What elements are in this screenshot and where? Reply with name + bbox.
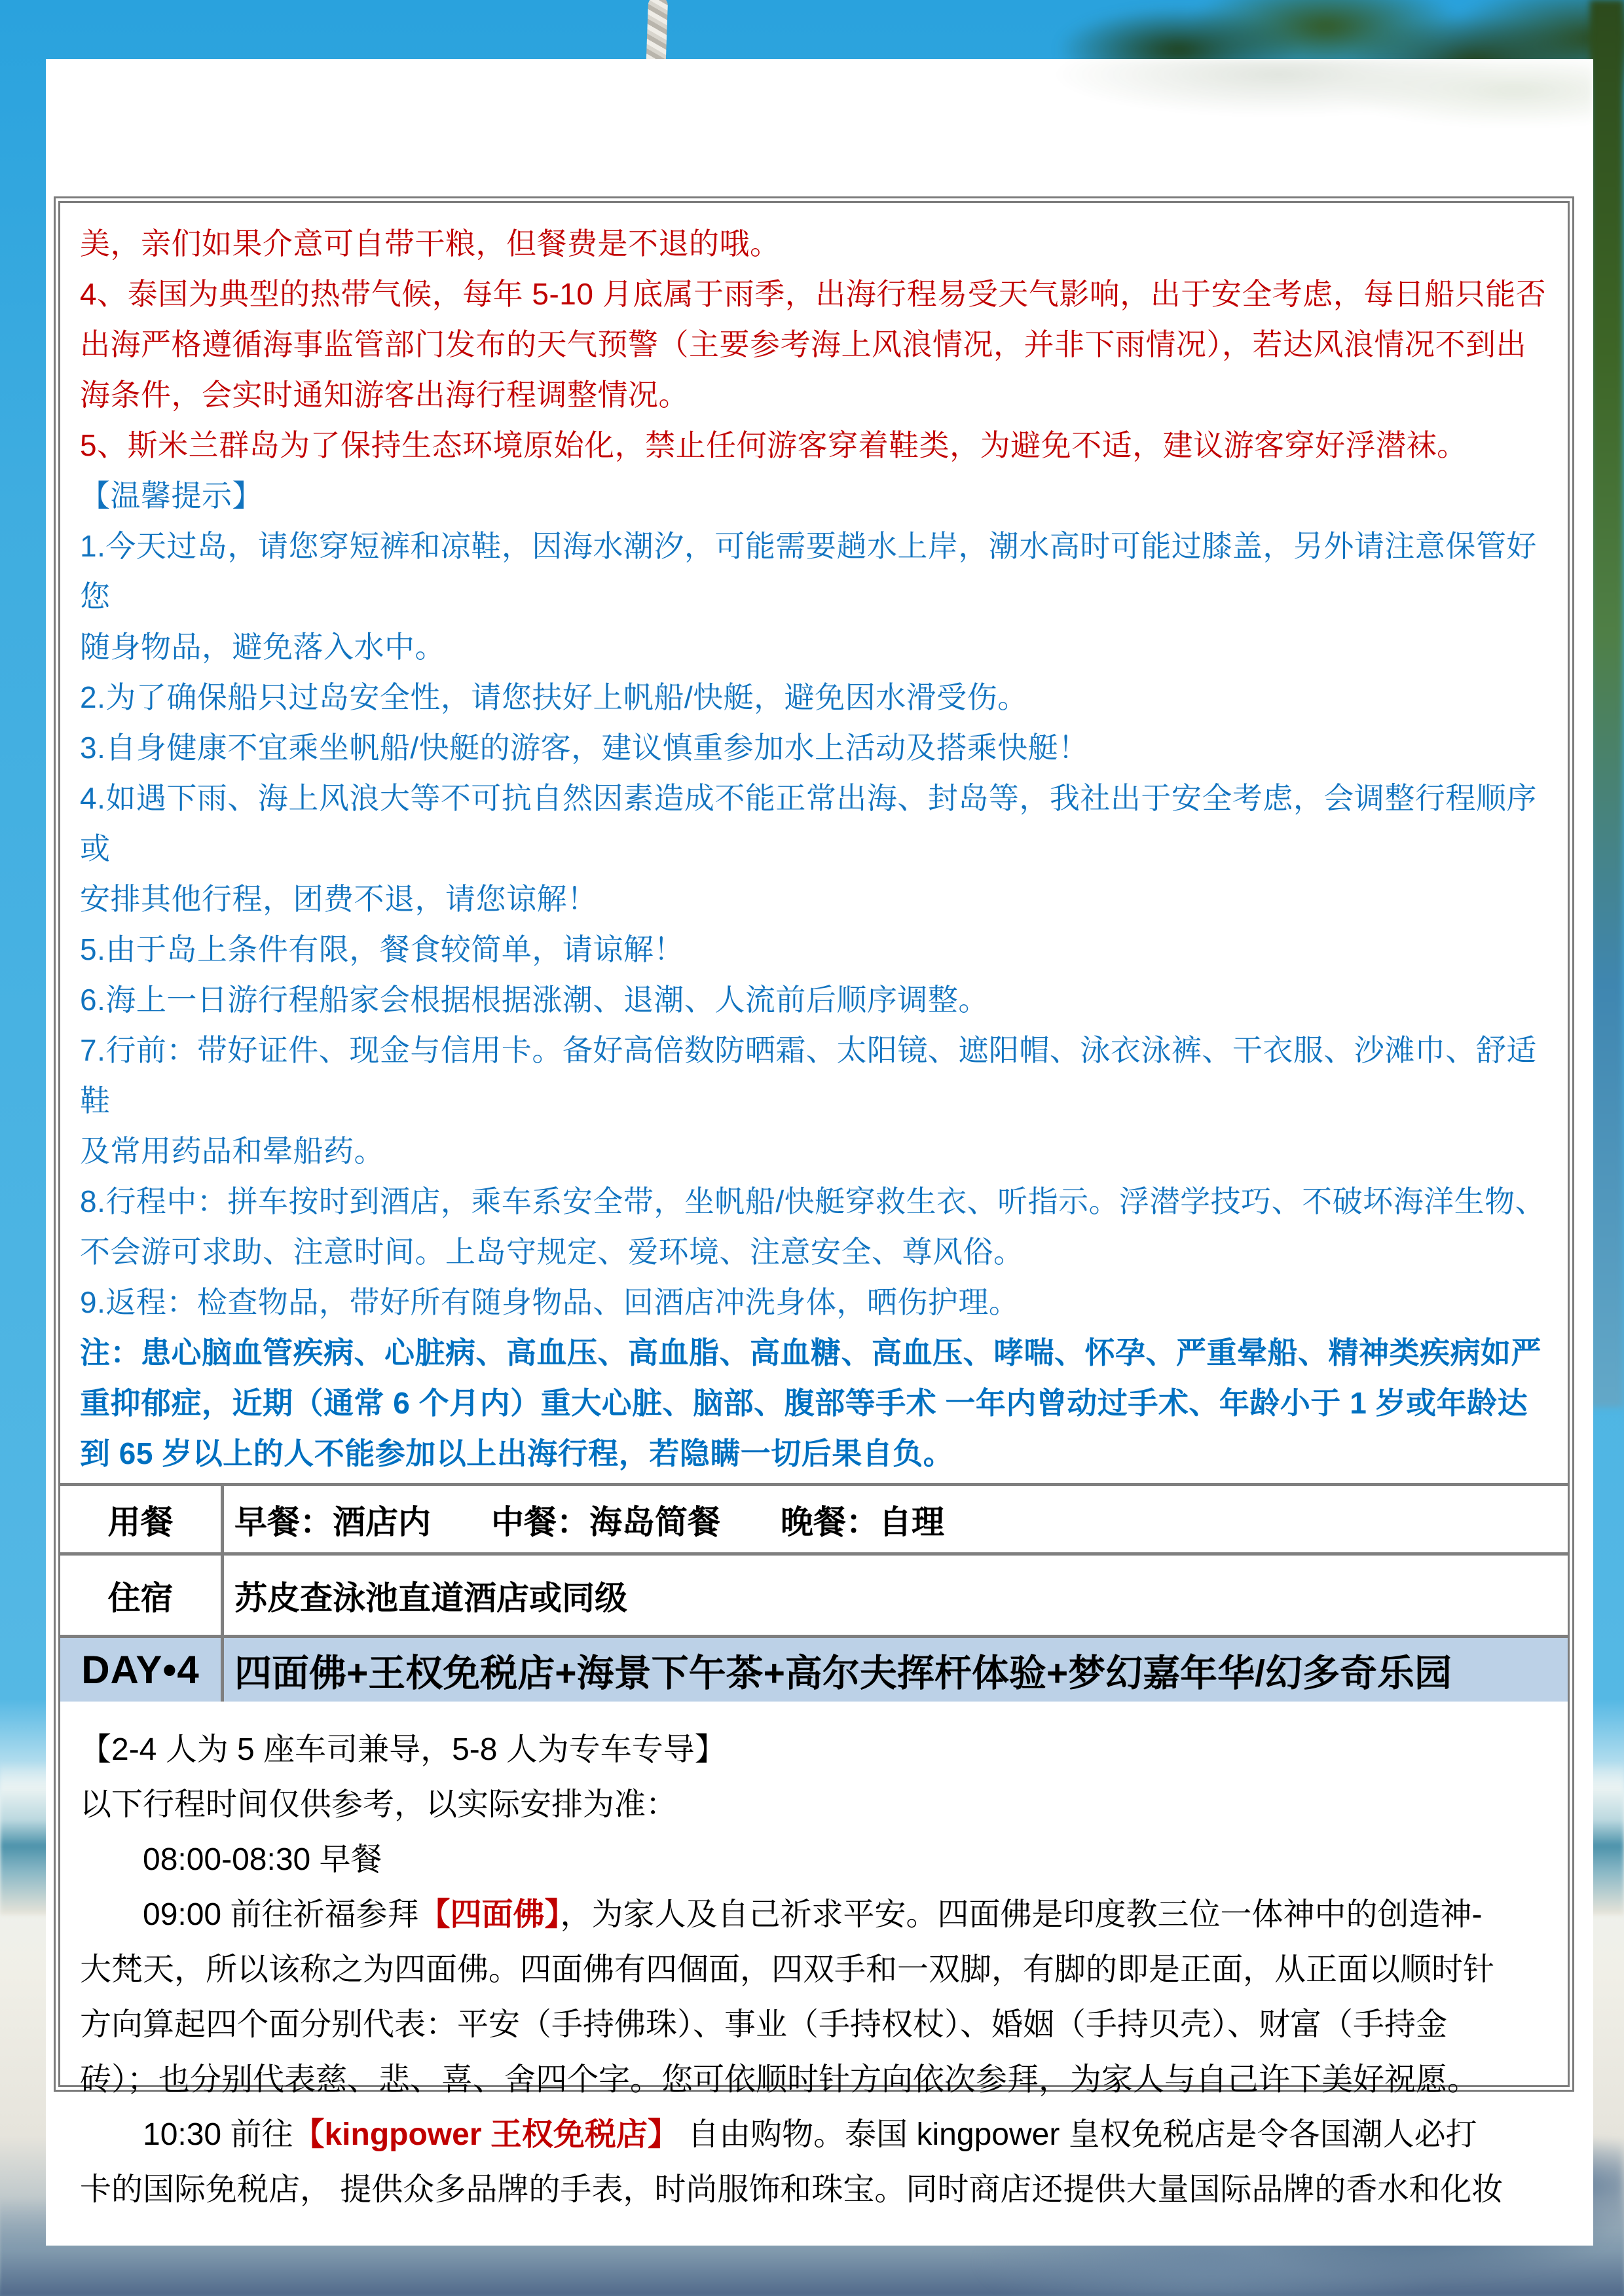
notice-line: 安排其他行程，团费不退，请您谅解！ (80, 874, 1551, 924)
breakfast-value: 早餐：酒店内 (234, 1496, 431, 1543)
itinerary-line: 09:00 前往祈福参拜【四面佛】，为家人及自己祈求平安。四面佛是印度教三位一体… (80, 1887, 1552, 1942)
stay-label: 住宿 (60, 1556, 224, 1635)
meal-values: 早餐：酒店内 中餐：海岛简餐 晚餐：自理 (224, 1486, 1568, 1552)
text-segment: 09:00 前往祈福参拜 (143, 1897, 418, 1932)
notice-line: 7.行前：带好证件、现金与信用卡。备好高倍数防晒霜、太阳镜、遮阳帽、泳衣泳裤、干… (80, 1025, 1551, 1126)
itinerary-line: 卡的国际免税店， 提供众多品牌的手表，时尚服饰和珠宝。同时商店还提供大量国际品牌… (80, 2162, 1552, 2217)
text-segment: 08:00-08:30 早餐 (143, 1842, 382, 1877)
stay-row: 住宿 苏皮查泳池直道酒店或同级 (60, 1552, 1568, 1635)
meal-label: 用餐 (60, 1486, 224, 1552)
notice-line: 9.返程：检查物品，带好所有随身物品、回酒店冲洗身体，晒伤护理。 (80, 1277, 1551, 1328)
text-segment: 10:30 前往 (143, 2117, 293, 2152)
itinerary-table: 美，亲们如果介意可自带干粮，但餐费是不退的哦。4、泰国为典型的热带气候，每年 5… (54, 196, 1574, 2092)
itinerary-line: 10:30 前往【kingpower 王权免税店】 自由购物。泰国 kingpo… (80, 2107, 1552, 2162)
notice-line: 6.海上一日游行程船家会根据根据涨潮、退潮、人流前后顺序调整。 (80, 975, 1551, 1025)
notice-line: 及常用药品和晕船药。 (80, 1126, 1551, 1176)
text-segment: 方向算起四个面分别代表：平安（手持佛珠）、事业（手持权杖）、婚姻（手持贝壳）、财… (80, 2007, 1447, 2042)
text-segment: 【2-4 人为 5 座车司兼导，5-8 人为专车专导】 (80, 1732, 726, 1767)
dinner-value: 晚餐：自理 (781, 1496, 944, 1543)
notice-line: 4.如遇下雨、海上风浪大等不可抗自然因素造成不能正常出海、封岛等，我社出于安全考… (80, 773, 1551, 874)
text-segment: ，为家人及自己祈求平安。四面佛是印度教三位一体神中的创造神- (560, 1897, 1482, 1932)
itinerary-line: 以下行程时间仅供参考，以实际安排为准： (80, 1777, 1552, 1832)
notice-section: 美，亲们如果介意可自带干粮，但餐费是不退的哦。4、泰国为典型的热带气候，每年 5… (60, 203, 1568, 1483)
highlight-attraction-text: 【四面佛】 (418, 1897, 560, 1932)
palm-right-edge-decor (1590, 0, 1624, 1408)
stay-value: 苏皮查泳池直道酒店或同级 (224, 1556, 1568, 1635)
itinerary-line: 砖）；也分别代表慈、悲、喜、舍四个字。您可依顺时针方向依次参拜，为家人与自己许下… (80, 2052, 1552, 2107)
text-segment: 卡的国际免税店， 提供众多品牌的手表，时尚服饰和珠宝。同时商店还提供大量国际品牌… (80, 2172, 1503, 2207)
notice-line: 美，亲们如果介意可自带干粮，但餐费是不退的哦。 (80, 219, 1551, 269)
notice-line: 重抑郁症，近期（通常 6 个月内）重大心脏、脑部、腹部等手术 一年内曾动过手术、… (80, 1378, 1551, 1429)
day4-itinerary-section: 【2-4 人为 5 座车司兼导，5-8 人为专车专导】以下行程时间仅供参考，以实… (60, 1702, 1568, 2217)
document-sheet: 美，亲们如果介意可自带干粮，但餐费是不退的哦。4、泰国为典型的热带气候，每年 5… (46, 59, 1593, 2246)
itinerary-page: { "colors":{ "accent_red":"#c00000", "bo… (0, 0, 1624, 2296)
itinerary-line: 08:00-08:30 早餐 (80, 1832, 1552, 1887)
notice-line: 5.由于岛上条件有限，餐食较简单，请谅解！ (80, 924, 1551, 975)
itinerary-line: 方向算起四个面分别代表：平安（手持佛珠）、事业（手持权杖）、婚姻（手持贝壳）、财… (80, 1997, 1552, 2052)
text-segment: 砖）；也分别代表慈、悲、喜、舍四个字。您可依顺时针方向依次参拜，为家人与自己许下… (80, 2062, 1479, 2097)
highlight-attraction-text: 【kingpower 王权免税店】 (293, 2117, 678, 2152)
itinerary-line: 【2-4 人为 5 座车司兼导，5-8 人为专车专导】 (80, 1722, 1552, 1777)
meal-row: 用餐 早餐：酒店内 中餐：海岛简餐 晚餐：自理 (60, 1483, 1568, 1552)
day4-label: DAY•4 (60, 1638, 224, 1702)
notice-line: 8.行程中：拼车按时到酒店，乘车系安全带，坐帆船/快艇穿救生衣、听指示。浮潜学技… (80, 1176, 1551, 1227)
text-segment: 以下行程时间仅供参考，以实际安排为准： (80, 1787, 677, 1822)
notice-line: 1.今天过岛，请您穿短裤和凉鞋，因海水潮汐，可能需要趟水上岸，潮水高时可能过膝盖… (80, 521, 1551, 622)
notice-line: 2.为了确保船只过岛安全性，请您扶好上帆船/快艇，避免因水滑受伤。 (80, 672, 1551, 723)
notice-line: 不会游可求助、注意时间。上岛守规定、爱环境、注意安全、尊风俗。 (80, 1227, 1551, 1277)
lunch-value: 中餐：海岛简餐 (491, 1496, 720, 1543)
notice-line: 随身物品，避免落入水中。 (80, 622, 1551, 672)
notice-line: 【温馨提示】 (80, 471, 1551, 521)
itinerary-line: 大梵天，所以该称之为四面佛。四面佛有四個面，四双手和一双脚，有脚的即是正面，从正… (80, 1942, 1552, 1997)
notice-line: 注：患心脑血管疾病、心脏病、高血压、高血脂、高血糖、高血压、哮喘、怀孕、严重晕船… (80, 1328, 1551, 1378)
notice-line: 3.自身健康不宜乘坐帆船/快艇的游客，建议慎重参加水上活动及搭乘快艇！ (80, 723, 1551, 773)
text-segment: 自由购物。泰国 kingpower 皇权免税店是令各国潮人必打 (679, 2117, 1477, 2152)
notice-line: 5、斯米兰群岛为了保持生态环境原始化，禁止任何游客穿着鞋类，为避免不适，建议游客… (80, 420, 1551, 471)
day4-header-row: DAY•4 四面佛+王权免税店+海景下午茶+高尔夫挥杆体验+梦幻嘉年华/幻多奇乐… (60, 1635, 1568, 1702)
notice-line: 到 65 岁以上的人不能参加以上出海行程，若隐瞒一切后果自负。 (80, 1429, 1551, 1479)
notice-line: 4、泰国为典型的热带气候，每年 5-10 月底属于雨季，出海行程易受天气影响，出… (80, 269, 1551, 319)
notice-line: 出海严格遵循海事监管部门发布的天气预警（主要参考海上风浪情况，并非下雨情况），若… (80, 319, 1551, 370)
palm-shadow-decor (807, 59, 1593, 137)
text-segment: 大梵天，所以该称之为四面佛。四面佛有四個面，四双手和一双脚，有脚的即是正面，从正… (80, 1952, 1494, 1987)
notice-line: 海条件，会实时通知游客出海行程调整情况。 (80, 370, 1551, 420)
day4-title: 四面佛+王权免税店+海景下午茶+高尔夫挥杆体验+梦幻嘉年华/幻多奇乐园 (224, 1638, 1568, 1702)
